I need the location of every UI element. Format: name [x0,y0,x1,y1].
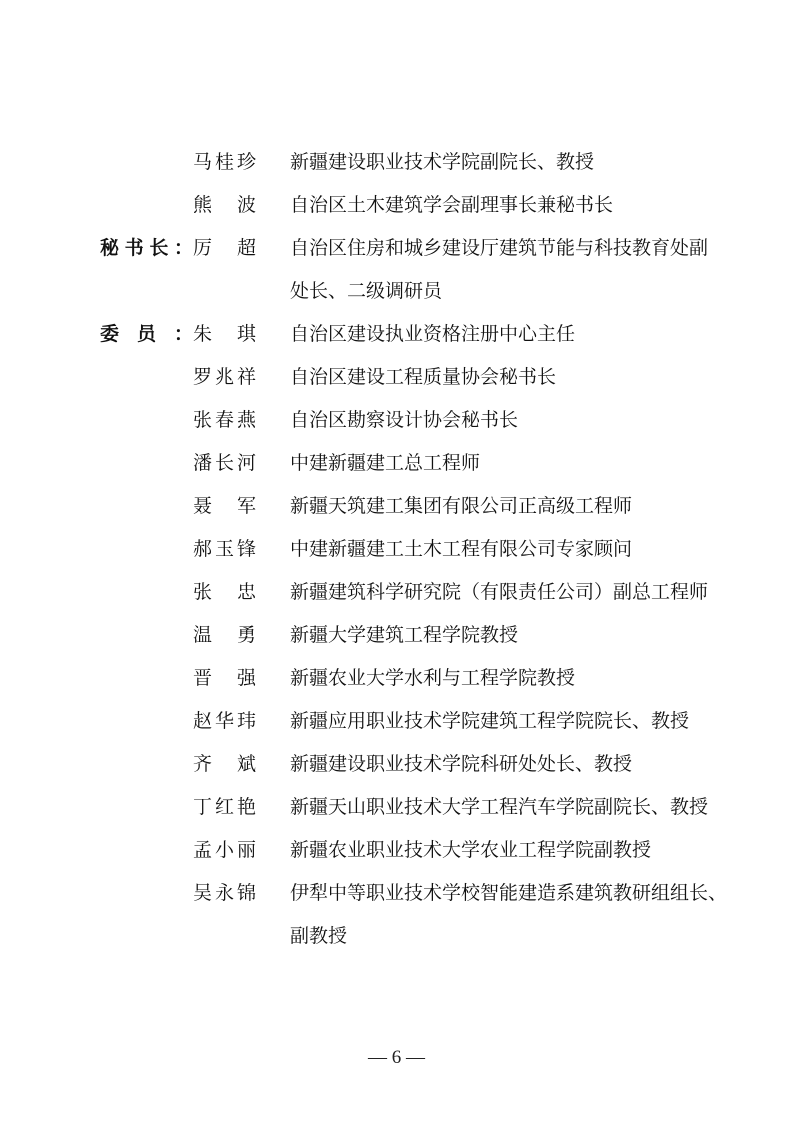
member-title: 伊犁中等职业技术学校智能建造系建筑教研组组长、 副教授 [290,872,740,958]
role-label-committee-member: 委员： [100,313,193,356]
member-name: 潘长河 [193,442,256,485]
member-name: 厉超 [193,227,256,270]
member-title-line: 处长、二级调研员 [290,270,740,313]
member-title-line: 自治区勘察设计协会秘书长 [290,399,740,442]
member-title-line: 自治区住房和城乡建设厅建筑节能与科技教育处副 [290,227,740,270]
roster-row: 马桂珍 新疆建设职业技术学院副院长、教授 [100,141,740,184]
member-title-line: 自治区土木建筑学会副理事长兼秘书长 [290,184,740,227]
member-title-line: 新疆大学建筑工程学院教授 [290,614,740,657]
member-title-line: 新疆建设职业技术学院科研处处长、教授 [290,743,740,786]
member-name: 聂军 [193,485,256,528]
roster-row: 孟小丽 新疆农业职业技术大学农业工程学院副教授 [100,829,740,872]
member-name: 齐斌 [193,743,256,786]
member-title: 新疆农业大学水利与工程学院教授 [290,657,740,700]
page-number: — 6 — [0,1036,793,1079]
member-name: 马桂珍 [193,141,256,184]
member-roster: 马桂珍 新疆建设职业技术学院副院长、教授 熊波 自治区土木建筑学会副理事长兼秘书… [100,141,740,958]
roster-row: 赵华玮 新疆应用职业技术学院建筑工程学院院长、教授 [100,700,740,743]
member-title-line: 新疆建设职业技术学院副院长、教授 [290,141,740,184]
roster-row: 潘长河 中建新疆建工总工程师 [100,442,740,485]
member-title-line: 自治区建设工程质量协会秘书长 [290,356,740,399]
member-title-line: 新疆应用职业技术学院建筑工程学院院长、教授 [290,700,740,743]
roster-row: 齐斌 新疆建设职业技术学院科研处处长、教授 [100,743,740,786]
roster-row: 张忠 新疆建筑科学研究院（有限责任公司）副总工程师 [100,571,740,614]
member-title-line: 副教授 [290,915,740,958]
member-title: 新疆应用职业技术学院建筑工程学院院长、教授 [290,700,740,743]
roster-row: 吴永锦 伊犁中等职业技术学校智能建造系建筑教研组组长、 副教授 [100,872,740,958]
member-name: 熊波 [193,184,256,227]
member-title-line: 新疆建筑科学研究院（有限责任公司）副总工程师 [290,571,740,614]
member-title: 中建新疆建工总工程师 [290,442,740,485]
roster-row: 郝玉锋 中建新疆建工土木工程有限公司专家顾问 [100,528,740,571]
roster-row: 丁红艳 新疆天山职业技术大学工程汽车学院副院长、教授 [100,786,740,829]
member-title: 自治区建设工程质量协会秘书长 [290,356,740,399]
roster-row: 聂军 新疆天筑建工集团有限公司正高级工程师 [100,485,740,528]
member-title-line: 新疆天筑建工集团有限公司正高级工程师 [290,485,740,528]
roster-row: 罗兆祥 自治区建设工程质量协会秘书长 [100,356,740,399]
member-name: 张忠 [193,571,256,614]
roster-row: 张春燕 自治区勘察设计协会秘书长 [100,399,740,442]
member-name: 晋强 [193,657,256,700]
member-title-line: 自治区建设执业资格注册中心主任 [290,313,740,356]
member-title-line: 中建新疆建工总工程师 [290,442,740,485]
member-title: 新疆建设职业技术学院科研处处长、教授 [290,743,740,786]
member-title: 自治区建设执业资格注册中心主任 [290,313,740,356]
member-title: 新疆农业职业技术大学农业工程学院副教授 [290,829,740,872]
member-title: 新疆建筑科学研究院（有限责任公司）副总工程师 [290,571,740,614]
member-title-line: 新疆农业大学水利与工程学院教授 [290,657,740,700]
member-name: 张春燕 [193,399,256,442]
roster-row: 熊波 自治区土木建筑学会副理事长兼秘书长 [100,184,740,227]
member-title: 自治区勘察设计协会秘书长 [290,399,740,442]
member-title: 自治区住房和城乡建设厅建筑节能与科技教育处副 处长、二级调研员 [290,227,740,313]
member-name: 罗兆祥 [193,356,256,399]
member-name: 吴永锦 [193,872,256,915]
member-title: 新疆建设职业技术学院副院长、教授 [290,141,740,184]
member-title: 新疆大学建筑工程学院教授 [290,614,740,657]
roster-row: 委员： 朱琪 自治区建设执业资格注册中心主任 [100,313,740,356]
member-name: 孟小丽 [193,829,256,872]
member-name: 赵华玮 [193,700,256,743]
document-page: 马桂珍 新疆建设职业技术学院副院长、教授 熊波 自治区土木建筑学会副理事长兼秘书… [0,0,793,1122]
member-name: 郝玉锋 [193,528,256,571]
member-title: 新疆天山职业技术大学工程汽车学院副院长、教授 [290,786,740,829]
member-name: 丁红艳 [193,786,256,829]
member-title-line: 新疆天山职业技术大学工程汽车学院副院长、教授 [290,786,740,829]
roster-row: 晋强 新疆农业大学水利与工程学院教授 [100,657,740,700]
member-title: 中建新疆建工土木工程有限公司专家顾问 [290,528,740,571]
member-title: 新疆天筑建工集团有限公司正高级工程师 [290,485,740,528]
roster-row: 温勇 新疆大学建筑工程学院教授 [100,614,740,657]
role-label-secretary-general: 秘书长： [100,227,193,270]
roster-row: 秘书长： 厉超 自治区住房和城乡建设厅建筑节能与科技教育处副 处长、二级调研员 [100,227,740,313]
member-title-line: 伊犁中等职业技术学校智能建造系建筑教研组组长、 [290,872,740,915]
member-name: 温勇 [193,614,256,657]
member-title: 自治区土木建筑学会副理事长兼秘书长 [290,184,740,227]
member-title-line: 新疆农业职业技术大学农业工程学院副教授 [290,829,740,872]
member-name: 朱琪 [193,313,256,356]
member-title-line: 中建新疆建工土木工程有限公司专家顾问 [290,528,740,571]
